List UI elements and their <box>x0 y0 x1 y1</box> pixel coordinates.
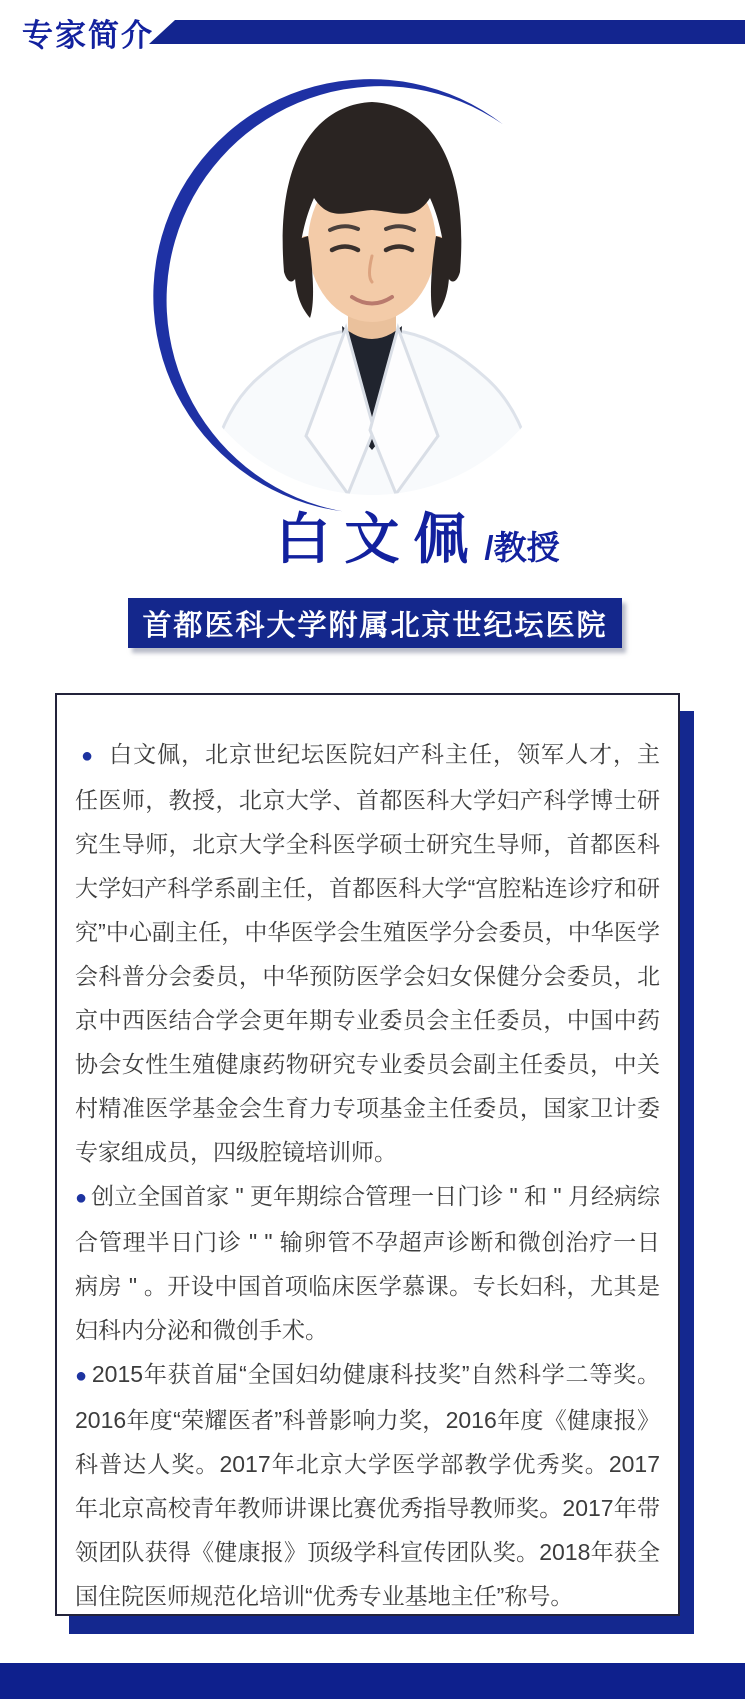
doctor-name: 白文佩 <box>275 512 482 567</box>
bio-paragraph: ●2015年获首届“全国妇幼健康科技奖”自然科学二等奖。2016年度“荣耀医者”… <box>75 1352 660 1618</box>
expert-profile-page: 专家简介 <box>0 0 745 1699</box>
bio-text: 白文佩，北京世纪坛医院妇产科主任，领军人才，主任医师，教授，北京大学、首都医科大… <box>75 741 660 1165</box>
doctor-name-row: 白文佩 /教授 <box>45 512 745 567</box>
doctor-photo <box>0 0 745 560</box>
doctor-title: /教授 <box>484 531 559 567</box>
bullet-icon: ● <box>75 1187 87 1209</box>
bottom-bar <box>0 1663 745 1699</box>
bio-card: ●白文佩，北京世纪坛医院妇产科主任，领军人才，主任医师，教授，北京大学、首都医科… <box>55 693 680 1616</box>
bio-text: 2015年获首届“全国妇幼健康科技奖”自然科学二等奖。2016年度“荣耀医者”科… <box>75 1361 660 1609</box>
bio-paragraph: ●创立全国首家 " 更年期综合管理一日门诊 " 和 " 月经病综合管理半日门诊 … <box>75 1174 660 1352</box>
hospital-banner: 首都医科大学附属北京世纪坛医院 <box>128 598 622 648</box>
bio-text: 创立全国首家 " 更年期综合管理一日门诊 " 和 " 月经病综合管理半日门诊 "… <box>75 1183 660 1343</box>
doctor-portrait-svg <box>0 0 745 560</box>
hospital-name: 首都医科大学附属北京世纪坛医院 <box>142 603 607 644</box>
bullet-icon: ● <box>81 745 94 767</box>
bio-paragraph: ●白文佩，北京世纪坛医院妇产科主任，领军人才，主任医师，教授，北京大学、首都医科… <box>75 732 660 1174</box>
bullet-icon: ● <box>75 1365 88 1387</box>
